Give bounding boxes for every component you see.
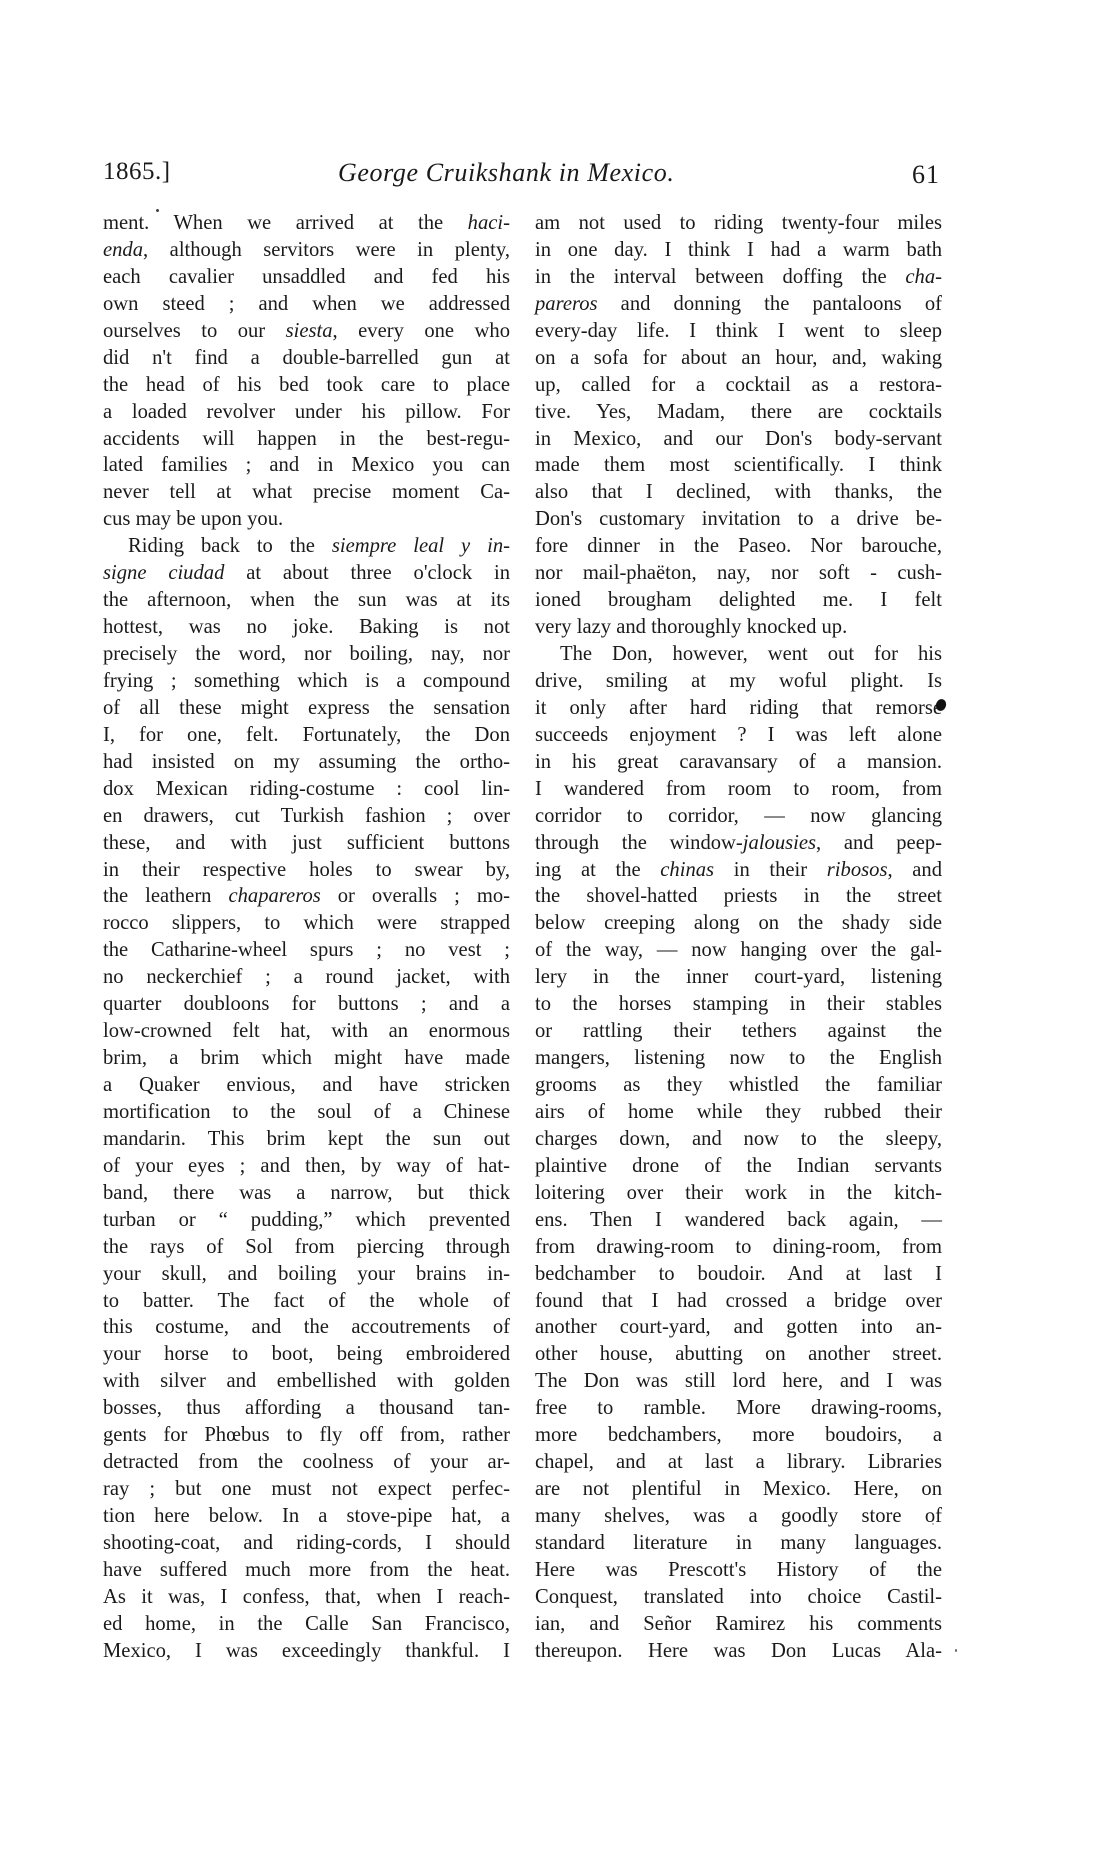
text-line: accidents will happen in the best-regu-	[103, 426, 510, 453]
italic-text-run: chinas	[660, 859, 714, 881]
text-line: ed home, in the Calle San Francisco,	[103, 1611, 510, 1638]
speck-mark	[156, 209, 159, 212]
text-line: the rays of Sol from piercing through	[103, 1234, 510, 1261]
text-column-right: am not used to riding twenty-four milesi…	[535, 210, 942, 1665]
text-line: every-day life. I think I went to sleep	[535, 318, 942, 345]
text-run: the shovel-hatted priests in the street	[535, 885, 942, 907]
text-run: frying ; something which is a compound	[103, 670, 510, 692]
text-line: tion here below. In a stove-pipe hat, a	[103, 1503, 510, 1530]
text-line: very lazy and thoroughly knocked up.	[535, 614, 942, 641]
text-line: cus may be upon you.	[103, 506, 510, 533]
text-line: succeeds enjoyment ? I was left alone	[535, 722, 942, 749]
text-line: with silver and embellished with golden	[103, 1368, 510, 1395]
text-line: in the interval between doffing the cha-	[535, 264, 942, 291]
text-run: succeeds enjoyment ? I was left alone	[535, 724, 942, 746]
text-line: grooms as they whistled the familiar	[535, 1072, 942, 1099]
text-line: to the horses stamping in their stables	[535, 991, 942, 1018]
text-run: own steed ; and when we addressed	[103, 293, 510, 315]
text-run: a Quaker envious, and have stricken	[103, 1074, 510, 1096]
text-run: it only after hard riding that remorse	[535, 697, 942, 719]
text-line: en drawers, cut Turkish fashion ; over	[103, 803, 510, 830]
text-run: up, called for a cocktail as a restora-	[535, 374, 942, 396]
text-run: of all these might express the sensation	[103, 697, 510, 719]
text-run: mandarin. This brim kept the sun out	[103, 1128, 510, 1150]
text-run: this costume, and the accoutrements of	[103, 1316, 510, 1338]
text-run: very lazy and thoroughly knocked up.	[535, 616, 847, 638]
text-run: the afternoon, when the sun was at its	[103, 589, 510, 611]
text-run: ing at the	[535, 859, 660, 881]
text-run: with silver and embellished with golden	[103, 1370, 510, 1392]
italic-text-run: enda	[103, 239, 143, 261]
italic-text-run: pareros	[535, 293, 598, 315]
text-run: ourselves to our	[103, 320, 286, 342]
text-line: ens. Then I wandered back again, —	[535, 1207, 942, 1234]
text-run: As it was, I confess, that, when I reach…	[103, 1586, 510, 1608]
text-line: more bedchambers, more boudoirs, a	[535, 1422, 942, 1449]
text-line: of all these might express the sensation	[103, 695, 510, 722]
text-run: shooting-coat, and riding-cords, I shoul…	[103, 1532, 510, 1554]
text-run: each cavalier unsaddled and fed his	[103, 266, 510, 288]
text-line: a Quaker envious, and have stricken	[103, 1072, 510, 1099]
text-line: signe ciudad at about three o'clock in	[103, 560, 510, 587]
text-run: cus may be upon you.	[103, 508, 283, 530]
italic-text-run: siesta	[286, 320, 333, 342]
text-line: ing at the chinas in their ribosos, and	[535, 857, 942, 884]
text-line: drive, smiling at my woful plight. Is	[535, 668, 942, 695]
text-line: lery in the inner court-yard, listening	[535, 964, 942, 991]
text-line: ioned brougham delighted me. I felt	[535, 587, 942, 614]
text-line: found that I had crossed a bridge over	[535, 1288, 942, 1315]
text-run: charges down, and now to the sleepy,	[535, 1128, 942, 1150]
text-line: fore dinner in the Paseo. Nor barouche,	[535, 533, 942, 560]
text-run: accidents will happen in the best-regu-	[103, 428, 510, 450]
text-line: Don's customary invitation to a drive be…	[535, 506, 942, 533]
text-run: had insisted on my assuming the ortho-	[103, 751, 510, 773]
text-line: The Don, however, went out for his	[535, 641, 942, 668]
text-column-left: ment. When we arrived at the haci-enda, …	[103, 210, 510, 1665]
text-run: on a sofa for about an hour, and, waking	[535, 347, 942, 369]
text-run: and donning the pantaloons of	[598, 293, 942, 315]
text-run: mangers, listening now to the English	[535, 1047, 942, 1069]
text-run: Here was Prescott's History of the	[535, 1559, 942, 1581]
text-line: other house, abutting on another street.	[535, 1341, 942, 1368]
text-run: another court-yard, and gotten into an-	[535, 1316, 942, 1338]
text-run: lated families ; and in Mexico you can	[103, 454, 510, 476]
text-run: quarter doubloons for buttons ; and a	[103, 993, 510, 1015]
text-line: ourselves to our siesta, every one who	[103, 318, 510, 345]
text-run: gents for Phœbus to fly off from, rather	[103, 1424, 510, 1446]
italic-text-run: ribosos	[827, 859, 888, 881]
text-run: lery in the inner court-yard, listening	[535, 966, 942, 988]
italic-text-run: chapareros	[228, 885, 320, 907]
text-line: another court-yard, and gotten into an-	[535, 1314, 942, 1341]
text-line: also that I declined, with thanks, the	[535, 479, 942, 506]
text-run: en drawers, cut Turkish fashion ; over	[103, 805, 510, 827]
text-run: band, there was a narrow, but thick	[103, 1182, 510, 1204]
text-run: the leathern	[103, 885, 228, 907]
text-line: bosses, thus affording a thousand tan-	[103, 1395, 510, 1422]
text-line: ian, and Señor Ramirez his comments	[535, 1611, 942, 1638]
italic-text-run: haci-	[468, 212, 510, 234]
text-run: tive. Yes, Madam, there are cocktails	[535, 401, 942, 423]
text-run: low-crowned felt hat, with an enormous	[103, 1020, 510, 1042]
speck-mark	[932, 1523, 934, 1525]
text-line: to batter. The fact of the whole of	[103, 1288, 510, 1315]
text-line: mortification to the soul of a Chinese	[103, 1099, 510, 1126]
text-run: other house, abutting on another street.	[535, 1343, 942, 1365]
text-line: did n't find a double-barrelled gun at	[103, 345, 510, 372]
text-run: I, for one, felt. Fortunately, the Don	[103, 724, 510, 746]
text-line: plaintive drone of the Indian servants	[535, 1153, 942, 1180]
text-line: As it was, I confess, that, when I reach…	[103, 1584, 510, 1611]
text-run: these, and with just sufficient buttons	[103, 832, 510, 854]
text-line: through the window-jalousies, and peep-	[535, 830, 942, 857]
text-line: the afternoon, when the sun was at its	[103, 587, 510, 614]
text-line: free to ramble. More drawing-rooms,	[535, 1395, 942, 1422]
text-line: loitering over their work in the kitch-	[535, 1180, 942, 1207]
text-run: in their respective holes to swear by,	[103, 859, 510, 881]
text-run: also that I declined, with thanks, the	[535, 481, 942, 503]
text-run: ens. Then I wandered back again, —	[535, 1209, 942, 1231]
text-run: dox Mexican riding-costume : cool lin-	[103, 778, 510, 800]
text-run: airs of home while they rubbed their	[535, 1101, 942, 1123]
text-run: below creeping along on the shady side	[535, 912, 942, 934]
text-run: in their	[714, 859, 827, 881]
text-line: gents for Phœbus to fly off from, rather	[103, 1422, 510, 1449]
text-line: are not plentiful in Mexico. Here, on	[535, 1476, 942, 1503]
text-run: bedchamber to boudoir. And at last I	[535, 1263, 942, 1285]
text-run: The Don, however, went out for his	[560, 643, 942, 665]
text-run: drive, smiling at my woful plight. Is	[535, 670, 942, 692]
text-run: ed home, in the Calle San Francisco,	[103, 1613, 510, 1635]
text-run: mortification to the soul of a Chinese	[103, 1101, 510, 1123]
text-run: of the way, — now hanging over the gal-	[535, 939, 942, 961]
text-run: grooms as they whistled the familiar	[535, 1074, 942, 1096]
text-run: ioned brougham delighted me. I felt	[535, 589, 942, 611]
text-run: The Don was still lord here, and I was	[535, 1370, 942, 1392]
text-run: to batter. The fact of the whole of	[103, 1290, 510, 1312]
text-run: free to ramble. More drawing-rooms,	[535, 1397, 942, 1419]
text-run: plaintive drone of the Indian servants	[535, 1155, 942, 1177]
text-line: ment. When we arrived at the haci-	[103, 210, 510, 237]
text-run: fore dinner in the Paseo. Nor barouche,	[535, 535, 942, 557]
text-line: precisely the word, nor boiling, nay, no…	[103, 641, 510, 668]
text-line: frying ; something which is a compound	[103, 668, 510, 695]
text-line: tive. Yes, Madam, there are cocktails	[535, 399, 942, 426]
text-line: in Mexico, and our Don's body-servant	[535, 426, 942, 453]
text-run: Mexico, I was exceedingly thankful. I	[103, 1640, 510, 1662]
text-line: your skull, and boiling your brains in-	[103, 1261, 510, 1288]
text-line: mangers, listening now to the English	[535, 1045, 942, 1072]
text-line: turban or “ pudding,” which prevented	[103, 1207, 510, 1234]
text-run: precisely the word, nor boiling, nay, no…	[103, 643, 510, 665]
text-run: am not used to riding twenty-four miles	[535, 212, 942, 234]
text-run: detracted from the coolness of your ar-	[103, 1451, 510, 1473]
text-run: , although servitors were in plenty,	[143, 239, 510, 261]
text-line: each cavalier unsaddled and fed his	[103, 264, 510, 291]
text-run: never tell at what precise moment Ca-	[103, 481, 510, 503]
text-run: ian, and Señor Ramirez his comments	[535, 1613, 942, 1635]
text-run: did n't find a double-barrelled gun at	[103, 347, 510, 369]
text-line: chapel, and at last a library. Libraries	[535, 1449, 942, 1476]
text-run: , and	[887, 859, 942, 881]
text-line: dox Mexican riding-costume : cool lin-	[103, 776, 510, 803]
text-line: no neckerchief ; a round jacket, with	[103, 964, 510, 991]
text-line: from drawing-room to dining-room, from	[535, 1234, 942, 1261]
text-line: a loaded revolver under his pillow. For	[103, 399, 510, 426]
text-run: a loaded revolver under his pillow. For	[103, 401, 510, 423]
text-line: brim, a brim which might have made	[103, 1045, 510, 1072]
text-line: of the way, — now hanging over the gal-	[535, 937, 942, 964]
text-run: every-day life. I think I went to sleep	[535, 320, 942, 342]
text-line: airs of home while they rubbed their	[535, 1099, 942, 1126]
text-run: from drawing-room to dining-room, from	[535, 1236, 942, 1258]
text-run: I wandered from room to room, from	[535, 778, 942, 800]
text-run: Conquest, translated into choice Castil-	[535, 1586, 942, 1608]
text-line: I wandered from room to room, from	[535, 776, 942, 803]
text-run: , and peep-	[816, 832, 942, 854]
italic-text-run: jalousies	[743, 832, 816, 854]
text-run: chapel, and at last a library. Libraries	[535, 1451, 942, 1473]
text-run: made them most scientifically. I think	[535, 454, 942, 476]
text-run: ment. When we arrived at the	[103, 212, 468, 234]
text-line: your horse to boot, being embroidered	[103, 1341, 510, 1368]
text-run: corridor to corridor, — now glancing	[535, 805, 942, 827]
text-line: own steed ; and when we addressed	[103, 291, 510, 318]
text-run: thereupon. Here was Don Lucas Ala-	[535, 1640, 942, 1662]
text-run: to the horses stamping in their stables	[535, 993, 942, 1015]
italic-text-run: signe ciudad	[103, 562, 224, 584]
text-line: enda, although servitors were in plenty,	[103, 237, 510, 264]
running-head-year: 1865.]	[103, 158, 171, 186]
text-line: corridor to corridor, — now glancing	[535, 803, 942, 830]
text-line: band, there was a narrow, but thick	[103, 1180, 510, 1207]
text-line: it only after hard riding that remorse	[535, 695, 942, 722]
text-line: low-crowned felt hat, with an enormous	[103, 1018, 510, 1045]
text-line: ray ; but one must not expect perfec-	[103, 1476, 510, 1503]
text-run: the head of his bed took care to place	[103, 374, 510, 396]
text-run: the Catharine-wheel spurs ; no vest ;	[103, 939, 510, 961]
text-line: made them most scientifically. I think	[535, 452, 942, 479]
text-line: am not used to riding twenty-four miles	[535, 210, 942, 237]
text-run: brim, a brim which might have made	[103, 1047, 510, 1069]
text-line: nor mail-phaëton, nay, nor soft - cush-	[535, 560, 942, 587]
text-line: had insisted on my assuming the ortho-	[103, 749, 510, 776]
text-line: the head of his bed took care to place	[103, 372, 510, 399]
text-line: detracted from the coolness of your ar-	[103, 1449, 510, 1476]
text-line: many shelves, was a goodly store of	[535, 1503, 942, 1530]
italic-text-run: siempre leal y in-	[332, 535, 510, 557]
speck-mark	[955, 1649, 957, 1652]
text-line: The Don was still lord here, and I was	[535, 1368, 942, 1395]
text-run: through the window-	[535, 832, 743, 854]
text-run: Don's customary invitation to a drive be…	[535, 508, 942, 530]
text-line: Here was Prescott's History of the	[535, 1557, 942, 1584]
text-line: Mexico, I was exceedingly thankful. I	[103, 1638, 510, 1665]
text-run: in his great caravansary of a mansion.	[535, 751, 942, 773]
text-line: on a sofa for about an hour, and, waking	[535, 345, 942, 372]
text-run: in the interval between doffing the	[535, 266, 905, 288]
page-number: 61	[912, 160, 940, 190]
text-run: tion here below. In a stove-pipe hat, a	[103, 1505, 510, 1527]
text-line: lated families ; and in Mexico you can	[103, 452, 510, 479]
italic-text-run: cha-	[905, 266, 942, 288]
text-run: loitering over their work in the kitch-	[535, 1182, 942, 1204]
text-line: this costume, and the accoutrements of	[103, 1314, 510, 1341]
text-run: nor mail-phaëton, nay, nor soft - cush-	[535, 562, 942, 584]
text-line: shooting-coat, and riding-cords, I shoul…	[103, 1530, 510, 1557]
text-line: the leathern chapareros or overalls ; mo…	[103, 883, 510, 910]
text-run: Riding back to the	[128, 535, 332, 557]
text-run: found that I had crossed a bridge over	[535, 1290, 942, 1312]
text-run: your horse to boot, being embroidered	[103, 1343, 510, 1365]
text-line: bedchamber to boudoir. And at last I	[535, 1261, 942, 1288]
text-line: standard literature in many languages.	[535, 1530, 942, 1557]
running-head: 1865.] George Cruikshank in Mexico. 61	[103, 158, 940, 192]
text-run: in Mexico, and our Don's body-servant	[535, 428, 942, 450]
text-run: , every one who	[333, 320, 510, 342]
text-line: charges down, and now to the sleepy,	[535, 1126, 942, 1153]
text-line: hottest, was no joke. Baking is not	[103, 614, 510, 641]
text-line: the shovel-hatted priests in the street	[535, 883, 942, 910]
text-run: many shelves, was a goodly store of	[535, 1505, 942, 1527]
text-line: in one day. I think I had a warm bath	[535, 237, 942, 264]
text-line: pareros and donning the pantaloons of	[535, 291, 942, 318]
text-line: mandarin. This brim kept the sun out	[103, 1126, 510, 1153]
text-run: standard literature in many languages.	[535, 1532, 942, 1554]
book-page: 1865.] George Cruikshank in Mexico. 61 m…	[0, 0, 1096, 1850]
text-run: more bedchambers, more boudoirs, a	[535, 1424, 942, 1446]
text-line: in his great caravansary of a mansion.	[535, 749, 942, 776]
text-line: or rattling their tethers against the	[535, 1018, 942, 1045]
text-run: no neckerchief ; a round jacket, with	[103, 966, 510, 988]
text-line: quarter doubloons for buttons ; and a	[103, 991, 510, 1018]
text-run: of your eyes ; and then, by way of hat-	[103, 1155, 510, 1177]
text-line: of your eyes ; and then, by way of hat-	[103, 1153, 510, 1180]
text-run: rocco slippers, to which were strapped	[103, 912, 510, 934]
text-line: below creeping along on the shady side	[535, 910, 942, 937]
text-line: the Catharine-wheel spurs ; no vest ;	[103, 937, 510, 964]
text-line: I, for one, felt. Fortunately, the Don	[103, 722, 510, 749]
text-line: never tell at what precise moment Ca-	[103, 479, 510, 506]
text-run: the rays of Sol from piercing through	[103, 1236, 510, 1258]
text-run: bosses, thus affording a thousand tan-	[103, 1397, 510, 1419]
text-line: have suffered much more from the heat.	[103, 1557, 510, 1584]
text-line: these, and with just sufficient buttons	[103, 830, 510, 857]
text-run: or overalls ; mo-	[321, 885, 510, 907]
text-run: turban or “ pudding,” which prevented	[103, 1209, 510, 1231]
text-run: or rattling their tethers against the	[535, 1020, 942, 1042]
text-line: Conquest, translated into choice Castil-	[535, 1584, 942, 1611]
text-line: in their respective holes to swear by,	[103, 857, 510, 884]
running-head-title: George Cruikshank in Mexico.	[338, 158, 674, 188]
text-line: Riding back to the siempre leal y in-	[103, 533, 510, 560]
text-run: ray ; but one must not expect perfec-	[103, 1478, 510, 1500]
text-run: at about three o'clock in	[224, 562, 510, 584]
text-run: your skull, and boiling your brains in-	[103, 1263, 510, 1285]
text-run: have suffered much more from the heat.	[103, 1559, 510, 1581]
text-line: rocco slippers, to which were strapped	[103, 910, 510, 937]
text-line: up, called for a cocktail as a restora-	[535, 372, 942, 399]
text-run: in one day. I think I had a warm bath	[535, 239, 942, 261]
text-line: thereupon. Here was Don Lucas Ala-	[535, 1638, 942, 1665]
text-run: are not plentiful in Mexico. Here, on	[535, 1478, 942, 1500]
text-run: hottest, was no joke. Baking is not	[103, 616, 510, 638]
